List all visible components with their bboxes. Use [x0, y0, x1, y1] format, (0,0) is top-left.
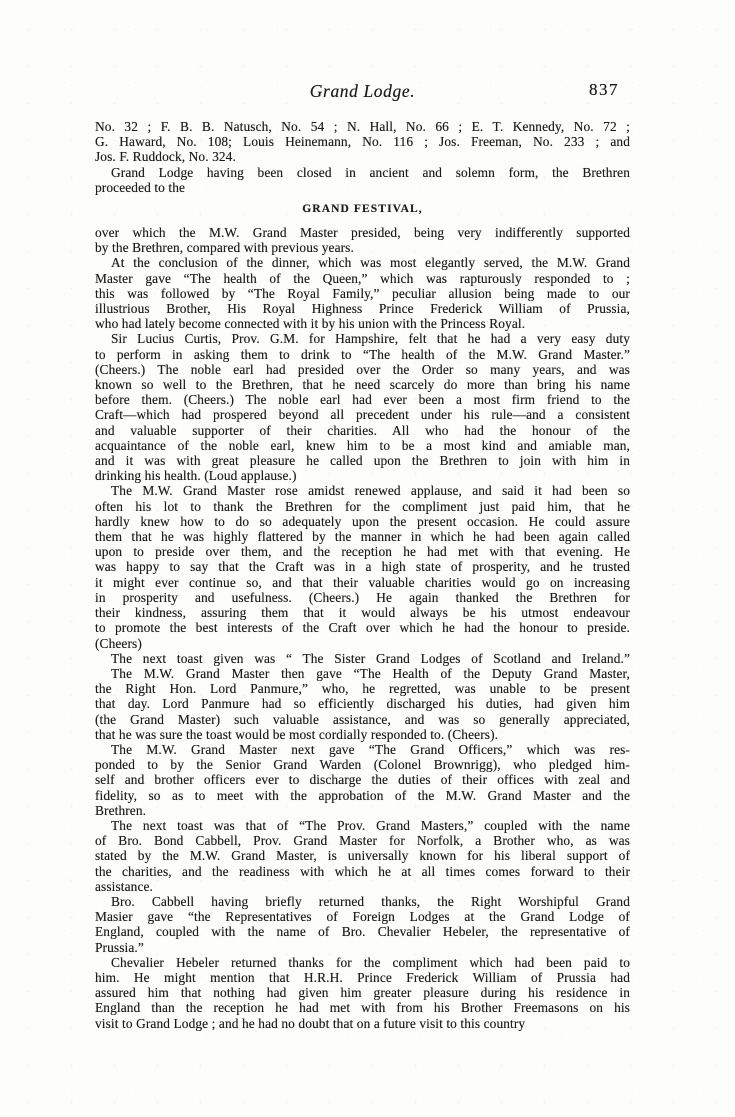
text-line: (the Grand Master) such valuable assista… [95, 712, 630, 727]
paragraph: The next toast given was “ The Sister Gr… [95, 651, 630, 666]
text-line: (Cheers) [95, 636, 630, 651]
text-line: self and brother officers ever to discha… [95, 772, 630, 787]
text-line: that day. Lord Panmure had so efficientl… [95, 696, 630, 711]
text-line: Master gave “The health of the Queen,” w… [95, 271, 630, 286]
text-line: assistance. [95, 879, 630, 894]
text-line: At the conclusion of the dinner, which w… [95, 255, 630, 270]
text-line: ponded to by the Senior Grand Warden (Co… [95, 757, 630, 772]
text-line: The M.W. Grand Master then gave “The Hea… [95, 666, 630, 681]
text-line: to promote the best interests of the Cra… [95, 620, 630, 635]
text-line: England, coupled with the name of Bro. C… [95, 924, 630, 939]
paragraph: Grand Lodge having been closed in ancien… [95, 165, 630, 195]
scanned-page: Grand Lodge. 837 No. 32 ; F. B. B. Natus… [0, 0, 735, 1117]
text-line: The next toast was that of “The Prov. Gr… [95, 818, 630, 833]
text-line: him. He might mention that H.R.H. Prince… [95, 970, 630, 985]
text-line: Craft—which had prospered beyond all pre… [95, 407, 630, 422]
text-line: by the Brethren, compared with previous … [95, 240, 630, 255]
text-line: visit to Grand Lodge ; and he had no dou… [95, 1016, 630, 1031]
page-number: 837 [589, 80, 619, 100]
text-line: in prosperity and usefulness. (Cheers.) … [95, 590, 630, 605]
paragraph: No. 32 ; F. B. B. Natusch, No. 54 ; N. H… [95, 119, 630, 165]
paragraph: over which the M.W. Grand Master preside… [95, 225, 630, 255]
text-line: Sir Lucius Curtis, Prov. G.M. for Hampsh… [95, 331, 630, 346]
paragraph: Sir Lucius Curtis, Prov. G.M. for Hampsh… [95, 331, 630, 483]
text-line: before them. (Cheers.) The noble earl ha… [95, 392, 630, 407]
text-line: stated by the M.W. Grand Master, is univ… [95, 848, 630, 863]
text-line: The M.W. Grand Master next gave “The Gra… [95, 742, 630, 757]
text-line: fidelity, so as to meet with the approba… [95, 788, 630, 803]
paragraph: At the conclusion of the dinner, which w… [95, 255, 630, 331]
text-line: drinking his health. (Loud applause.) [95, 468, 630, 483]
text-line: the Right Hon. Lord Panmure,” who, he re… [95, 681, 630, 696]
paragraph: The M.W. Grand Master then gave “The Hea… [95, 666, 630, 742]
paragraph: The M.W. Grand Master next gave “The Gra… [95, 742, 630, 818]
text-line: hardly knew how to do so adequately upon… [95, 514, 630, 529]
text-line: Brethren. [95, 803, 630, 818]
text-line: who had lately become connected with it … [95, 316, 630, 331]
text-line: their kindness, assuring them that it wo… [95, 605, 630, 620]
text-line: Masier gave “the Representatives of Fore… [95, 909, 630, 924]
text-line: to perform in asking them to drink to “T… [95, 347, 630, 362]
text-line: and it was with great pleasure he called… [95, 453, 630, 468]
text-line: Grand Lodge having been closed in ancien… [95, 165, 630, 180]
text-line: over which the M.W. Grand Master preside… [95, 225, 630, 240]
text-line: Jos. F. Ruddock, No. 324. [95, 149, 630, 164]
text-line: The next toast given was “ The Sister Gr… [95, 651, 630, 666]
text-line: the charities, and the readiness with wh… [95, 864, 630, 879]
text-line: it might ever continue so, and that thei… [95, 575, 630, 590]
text-line: G. Haward, No. 108; Louis Heinemann, No.… [95, 134, 630, 149]
text-line: this was followed by “The Royal Family,”… [95, 286, 630, 301]
text-line: often his lot to thank the Brethren for … [95, 499, 630, 514]
text-line: No. 32 ; F. B. B. Natusch, No. 54 ; N. H… [95, 119, 630, 134]
paragraph: Chevalier Hebeler returned thanks for th… [95, 955, 630, 1031]
text-line: (Cheers.) The noble earl had presided ov… [95, 362, 630, 377]
text-line: that he was sure the toast would be most… [95, 727, 630, 742]
text-line: Chevalier Hebeler returned thanks for th… [95, 955, 630, 970]
text-line: assured him that nothing had given him g… [95, 985, 630, 1000]
text-line: and valuable supporter of their charitie… [95, 423, 630, 438]
text-line: proceeded to the [95, 180, 630, 195]
text-line: illustrious Brother, His Royal Highness … [95, 301, 630, 316]
text-line: known so well to the Brethren, that he n… [95, 377, 630, 392]
text-line: acquaintance of the noble earl, knew him… [95, 438, 630, 453]
page-body: No. 32 ; F. B. B. Natusch, No. 54 ; N. H… [95, 119, 630, 1031]
section-heading: GRAND FESTIVAL, [95, 202, 630, 217]
text-line: The M.W. Grand Master rose amidst renewe… [95, 483, 630, 498]
paragraph: The M.W. Grand Master rose amidst renewe… [95, 483, 630, 650]
text-line: them that he was highly flattered by the… [95, 529, 630, 544]
paragraph: Bro. Cabbell having briefly returned tha… [95, 894, 630, 955]
text-line: upon to preside over them, and the recep… [95, 544, 630, 559]
text-line: was happy to say that the Craft was in a… [95, 559, 630, 574]
paragraph: The next toast was that of “The Prov. Gr… [95, 818, 630, 894]
text-line: England than the reception he had met wi… [95, 1000, 630, 1015]
running-header: Grand Lodge. [95, 81, 630, 102]
text-line: Prussia.” [95, 940, 630, 955]
text-line: Bro. Cabbell having briefly returned tha… [95, 894, 630, 909]
text-line: of Bro. Bond Cabbell, Prov. Grand Master… [95, 833, 630, 848]
